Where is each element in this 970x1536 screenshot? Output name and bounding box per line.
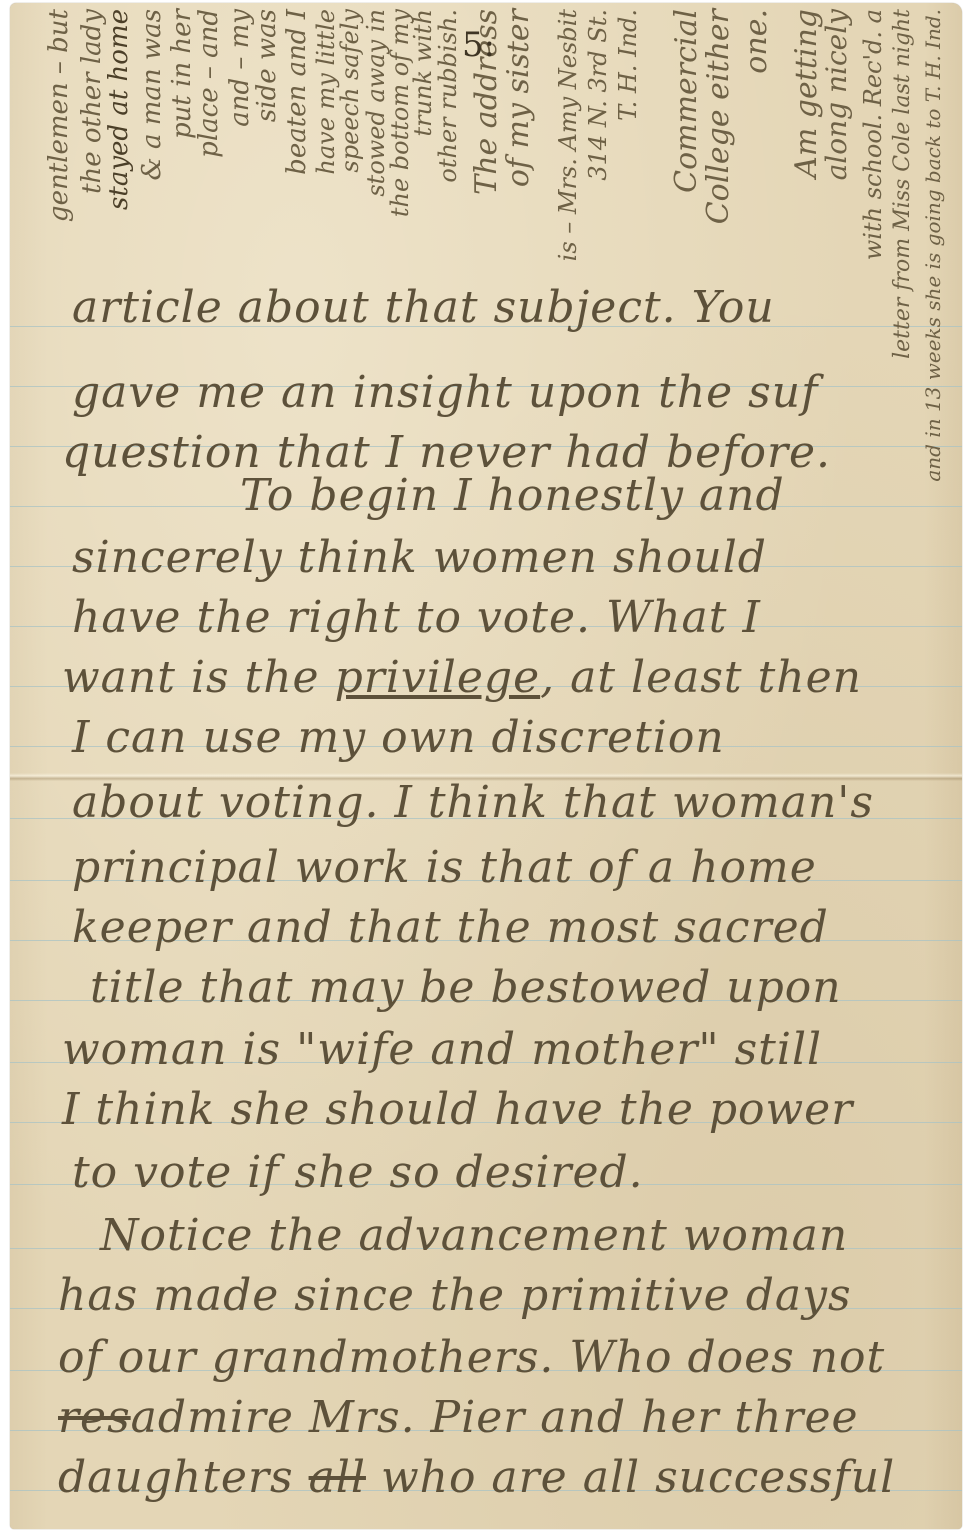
margin-note: is – Mrs. Amy Nesbit bbox=[556, 9, 580, 261]
letter-line: principal work is that of a home bbox=[10, 842, 970, 893]
margin-note: T. H. Ind. bbox=[616, 9, 640, 121]
page-number: 5: bbox=[462, 25, 495, 65]
margin-note: side was bbox=[254, 9, 280, 122]
margin-note: speech safely bbox=[338, 9, 362, 173]
letter-line: of our grandmothers. Who does not bbox=[10, 1332, 970, 1383]
margin-note: put in her bbox=[169, 9, 195, 139]
letter-line: daughters all who are all successful bbox=[10, 1452, 970, 1503]
letter-line: gave me an insight upon the suf bbox=[10, 367, 970, 418]
letter-line: title that may be bestowed upon bbox=[10, 962, 970, 1013]
line-text: , at least then bbox=[540, 652, 862, 703]
margin-note: Am getting bbox=[792, 9, 822, 178]
struck-word: res bbox=[58, 1392, 131, 1443]
letter-line: to vote if she so desired. bbox=[10, 1147, 970, 1198]
margin-note: and – my bbox=[227, 9, 253, 127]
margin-note: beaten and I bbox=[284, 9, 310, 175]
margin-note: College either bbox=[704, 9, 734, 224]
letter-line: woman is "wife and mother" still bbox=[10, 1024, 970, 1075]
margin-note: & a man was bbox=[139, 9, 165, 180]
line-text: who are all successful bbox=[366, 1452, 895, 1503]
letter-line: Notice the advancement woman bbox=[10, 1210, 970, 1261]
letter-page: gentlemen – butthe other ladystayed at h… bbox=[10, 3, 962, 1529]
margin-note: have my little bbox=[314, 9, 338, 175]
letter-line: I think she should have the power bbox=[10, 1084, 970, 1135]
margin-note: along nicely bbox=[823, 9, 851, 180]
letter-line: want is the privilege, at least then bbox=[10, 652, 970, 703]
letter-line: has made since the primitive days bbox=[10, 1270, 970, 1321]
line-text: want is the bbox=[62, 652, 335, 703]
struck-word: all bbox=[309, 1452, 366, 1503]
letter-line: article about that subject. You bbox=[10, 282, 970, 333]
margin-note: the other lady bbox=[79, 9, 105, 194]
margin-note: Commercial bbox=[672, 9, 702, 193]
letter-line: have the right to vote. What I bbox=[10, 592, 970, 643]
line-text: admire Mrs. Pier and her three bbox=[131, 1392, 859, 1443]
margin-note: stowed away in bbox=[364, 9, 388, 197]
line-text: daughters bbox=[58, 1452, 309, 1503]
margin-note: the bottom of my bbox=[388, 9, 412, 217]
letter-line: To begin I honestly and bbox=[10, 470, 970, 521]
margin-note: place – and bbox=[196, 9, 222, 158]
letter-line: I can use my own discretion bbox=[10, 712, 970, 763]
margin-note: 314 N. 3rd St. bbox=[586, 9, 610, 181]
letter-line: about voting. I think that woman's bbox=[10, 777, 970, 828]
underlined-word: privilege bbox=[335, 652, 541, 703]
margin-note: gentlemen – but bbox=[46, 9, 72, 222]
letter-line: keeper and that the most sacred bbox=[10, 902, 970, 953]
margin-note: stayed at home bbox=[106, 9, 132, 210]
margin-note: with school. Rec'd. a bbox=[861, 9, 885, 260]
margin-note: trunk with bbox=[411, 9, 435, 137]
letter-line: resadmire Mrs. Pier and her three bbox=[10, 1392, 970, 1443]
margin-note: of my sister bbox=[504, 9, 534, 187]
letter-line: sincerely think women should bbox=[10, 532, 970, 583]
margin-note: other rubbish. bbox=[436, 9, 460, 183]
margin-note: one. bbox=[742, 9, 772, 74]
